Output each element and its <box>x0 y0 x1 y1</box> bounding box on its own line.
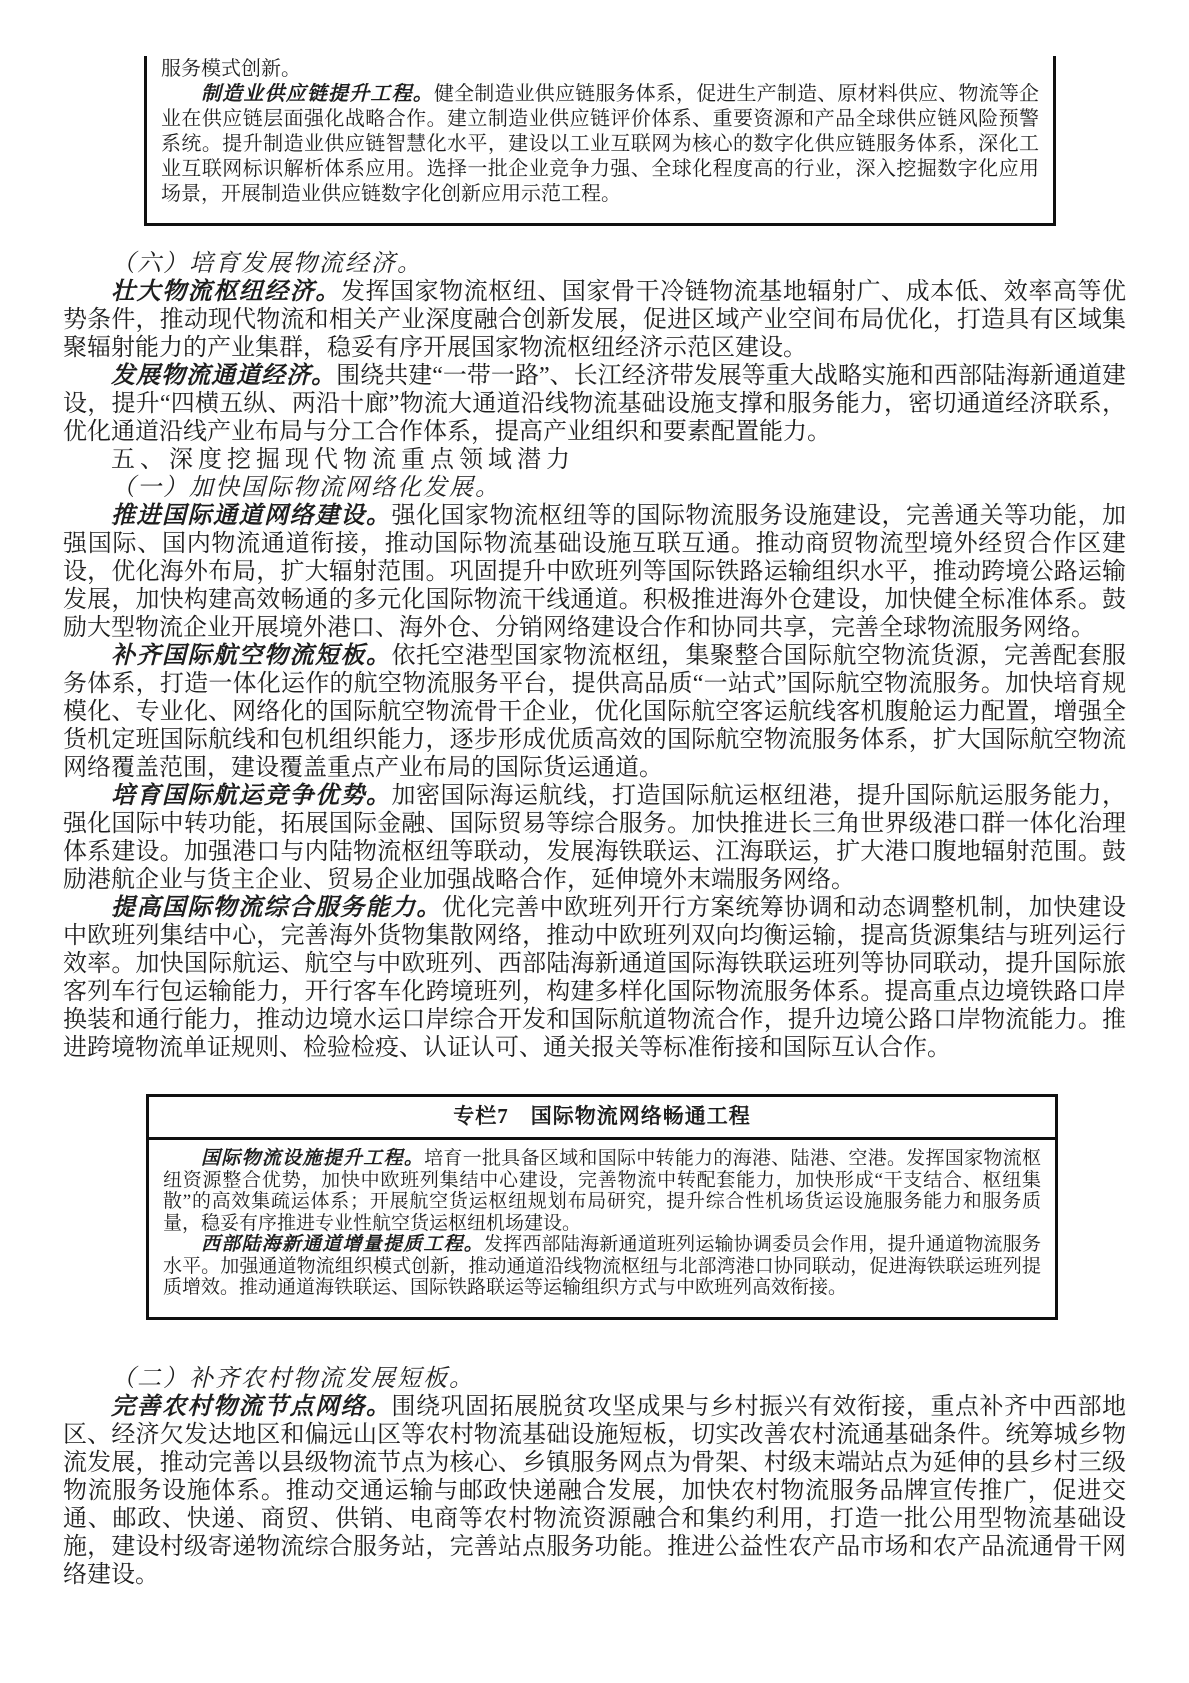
subsection-heading-five-one: （一）加快国际物流网络化发展。 <box>63 474 1126 502</box>
paragraph-lead: 推进国际通道网络建设。 <box>111 503 392 529</box>
main-text-upper: （六）培育发展物流经济。 壮大物流枢纽经济。发挥国家物流枢纽、国家骨干冷链物流基… <box>63 250 1126 1062</box>
paragraph-international-logistics-service: 提高国际物流综合服务能力。优化完善中欧班列开行方案统筹协调和动态调整机制，加快建… <box>63 894 1126 1062</box>
paragraph-rural-logistics-node-network: 完善农村物流节点网络。围绕巩固拓展脱贫攻坚成果与乡村振兴有效衔接，重点补齐中西部… <box>63 1393 1126 1589</box>
paragraph-lead: 提高国际物流综合服务能力。 <box>111 895 442 921</box>
paragraph-lead: 发展物流通道经济。 <box>111 363 336 389</box>
column7-callout-box: 专栏7 国际物流网络畅通工程 国际物流设施提升工程。培育一批具备区域和国际中转能… <box>146 1094 1058 1320</box>
column7-paragraph-western-land-sea-corridor: 西部陆海新通道增量提质工程。发挥西部陆海新通道班列运输协调委员会作用，提升通道物… <box>163 1234 1041 1299</box>
paragraph-lead: 培育国际航运竞争优势。 <box>111 783 392 809</box>
project-name-label: 制造业供应链提升工程。 <box>201 83 434 105</box>
paragraph-logistics-channel-economy: 发展物流通道经济。围绕共建“一带一路”、长江经济带发展等重大战略实施和西部陆海新… <box>63 362 1126 446</box>
paragraph-lead: 壮大物流枢纽经济。 <box>111 279 341 305</box>
manufacturing-supply-chain-callout-box: 服务模式创新。 制造业供应链提升工程。健全制造业供应链服务体系，促进生产制造、原… <box>144 56 1056 226</box>
callout-paragraph: 制造业供应链提升工程。健全制造业供应链服务体系，促进生产制造、原材料供应、物流等… <box>161 82 1039 207</box>
column7-body: 国际物流设施提升工程。培育一批具备区域和国际中转能力的海港、陆港、空港。发挥国家… <box>149 1140 1055 1317</box>
project-name-label: 西部陆海新通道增量提质工程。 <box>201 1234 484 1255</box>
project-name-label: 国际物流设施提升工程。 <box>201 1148 424 1169</box>
paragraph-international-channel-network: 推进国际通道网络建设。强化国家物流枢纽等的国际物流服务设施建设，完善通关等功能，… <box>63 502 1126 642</box>
document-page: 服务模式创新。 制造业供应链提升工程。健全制造业供应链服务体系，促进生产制造、原… <box>0 0 1189 1683</box>
column7-title: 专栏7 国际物流网络畅通工程 <box>149 1097 1055 1140</box>
paragraph-lead: 完善农村物流节点网络。 <box>111 1394 392 1420</box>
callout-continuation-text: 服务模式创新。 <box>161 58 301 80</box>
main-text-lower: （二）补齐农村物流发展短板。 完善农村物流节点网络。围绕巩固拓展脱贫攻坚成果与乡… <box>63 1365 1126 1589</box>
paragraph-international-shipping-advantage: 培育国际航运竞争优势。加密国际海运航线，打造国际航运枢纽港，提升国际航运服务能力… <box>63 782 1126 894</box>
paragraph-text: 围绕巩固拓展脱贫攻坚成果与乡村振兴有效衔接，重点补齐中西部地区、经济欠发达地区和… <box>63 1394 1126 1588</box>
subsection-heading-five-two: （二）补齐农村物流发展短板。 <box>63 1365 1126 1393</box>
chapter-heading-five: 五、深度挖掘现代物流重点领域潜力 <box>63 446 1126 474</box>
column7-paragraph-international-facilities: 国际物流设施提升工程。培育一批具备区域和国际中转能力的海港、陆港、空港。发挥国家… <box>163 1148 1041 1234</box>
paragraph-international-air-logistics: 补齐国际航空物流短板。依托空港型国家物流枢纽，集聚整合国际航空物流货源，完善配套… <box>63 642 1126 782</box>
subsection-heading-six: （六）培育发展物流经济。 <box>63 250 1126 278</box>
paragraph-logistics-hub-economy: 壮大物流枢纽经济。发挥国家物流枢纽、国家骨干冷链物流基地辐射广、成本低、效率高等… <box>63 278 1126 362</box>
paragraph-lead: 补齐国际航空物流短板。 <box>111 643 392 669</box>
callout-continuation-line: 服务模式创新。 <box>161 57 1039 82</box>
